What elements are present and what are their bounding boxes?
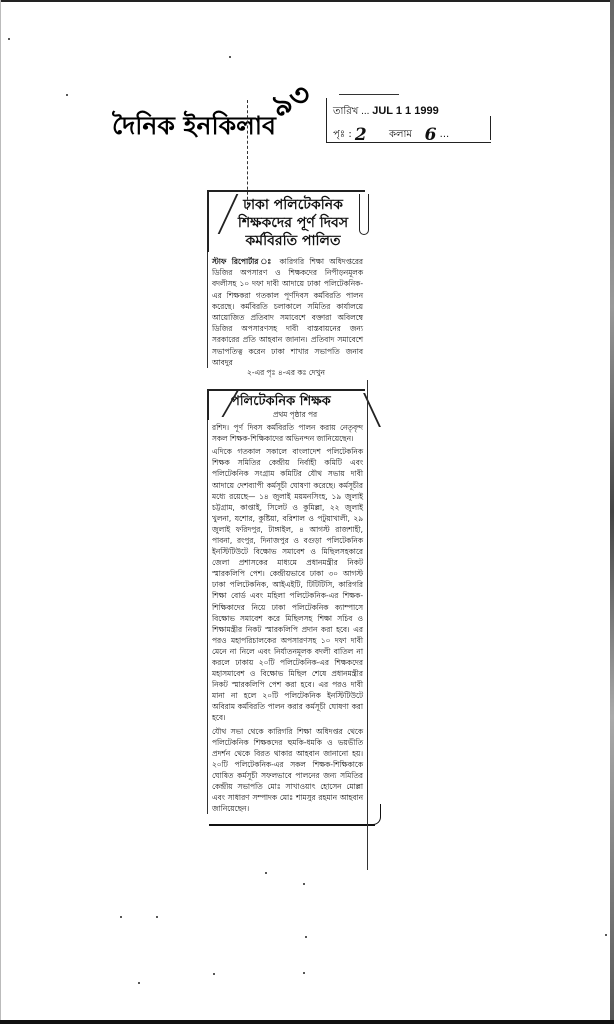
newspaper-masthead: দৈনিক ইনকিলাব (112, 106, 276, 149)
stamp-colon: : (348, 129, 355, 140)
scan-speck (605, 934, 607, 936)
cut-curl-mark (370, 804, 381, 825)
paragraph-2: রশিদ। পূর্ণ দিবস কর্মবিরতি পালন করায় নে… (207, 420, 365, 444)
stamp-date-value: JUL 1 1 1999 (372, 105, 438, 117)
stamp-right-line (490, 116, 491, 140)
stamp-date-label: তারিখ (333, 106, 358, 117)
date-stamp: তারিখ ... JUL 1 1 1999 পৃঃ : 2 কলাম 6 ..… (326, 98, 491, 143)
article-body-intro: স্টাফ রিপোর্টার ঃ কারিগরি শিক্ষা অধিদপ্ত… (207, 252, 365, 368)
cut-hook-mark (359, 194, 369, 235)
continuation-headline: পলিটেকনিক শিক্ষক (231, 393, 359, 410)
stamp-spacer-2 (415, 129, 421, 140)
article-headline: ঢাকা পলিটেকনিক শিক্ষকদের পূর্ণ দিবস কর্ম… (229, 196, 357, 250)
stamp-spacer (370, 129, 386, 140)
scan-speck (303, 883, 305, 885)
stamp-column-value: 6 (425, 125, 437, 145)
jump-line: ২-এর পৃঃ ৪-এর কঃ দেখুন (207, 368, 365, 383)
scan-speck (138, 982, 140, 984)
continued-from-note: প্রথম পৃষ্ঠার পর (231, 410, 359, 420)
scan-edge-right (610, 0, 614, 1024)
scan-speck (213, 973, 215, 975)
stamp-page-value: 2 (355, 125, 367, 145)
paragraph-1: কারিগরি শিক্ষা অধিদপ্তরের ডিজির অপসারণ ও… (212, 257, 363, 367)
scan-speck (8, 38, 10, 40)
clipping-bottom-edge (209, 814, 375, 826)
stamp-column-label: কলাম (389, 129, 412, 140)
paragraph-3: এদিকে গতকাল সকালে বাংলাদেশ পলিটেকনিক শিক… (207, 444, 365, 723)
scan-speck (66, 94, 68, 96)
scan-edge-bottom (0, 1020, 614, 1024)
byline: স্টাফ রিপোর্টার ঃ (212, 257, 274, 266)
scan-speck (229, 56, 231, 58)
stamp-date-row: তারিখ ... JUL 1 1 1999 (333, 104, 439, 121)
scanned-page: দৈনিক ইনকিলাব ৯৩ তারিখ ... JUL 1 1 1999 … (0, 0, 614, 1024)
scan-edge-top (0, 0, 614, 2)
stamp-page-label: পৃঃ (333, 129, 345, 140)
stamp-top-line (339, 94, 399, 95)
paragraph-4: যৌথ সভা থেকে কারিগরি শিক্ষা অধিদপ্তর থেক… (207, 724, 365, 815)
scan-speck (156, 916, 158, 918)
clipping-right-edge (367, 380, 368, 870)
stamp-page-row: পৃঃ : 2 কলাম 6 ... (333, 122, 449, 144)
continuation-header: পলিটেকনিক শিক্ষক প্রথম পৃষ্ঠার পর (207, 389, 365, 420)
scan-speck (265, 872, 267, 874)
headline-box: ঢাকা পলিটেকনিক শিক্ষকদের পূর্ণ দিবস কর্ম… (207, 190, 365, 252)
scan-edge-left (0, 0, 1, 1024)
scan-speck (303, 972, 305, 974)
stamp-trailing-dots: ... (440, 129, 450, 140)
scan-speck (305, 936, 307, 938)
news-clipping: ঢাকা পলিটেকনিক শিক্ষকদের পূর্ণ দিবস কর্ম… (207, 190, 365, 826)
scan-speck (120, 916, 122, 918)
stamp-dots: ... (361, 106, 372, 117)
